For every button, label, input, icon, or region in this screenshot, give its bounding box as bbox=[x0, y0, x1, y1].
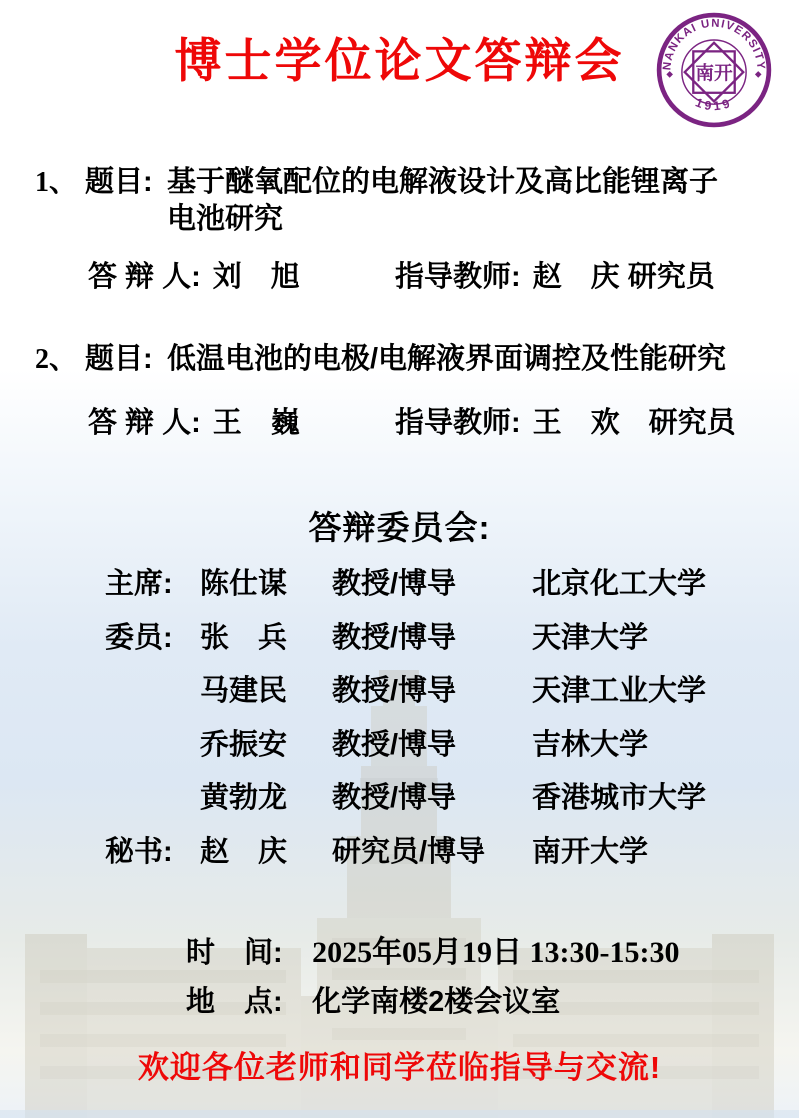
defense-2-thesis-title: 低温电池的电极/电解液界面调控及性能研究 bbox=[167, 341, 773, 378]
committee-row-affiliation: 北京化工大学 bbox=[532, 568, 706, 622]
defense-1-candidate-name: 刘 旭 bbox=[213, 261, 300, 293]
committee-row-name: 乔振安 bbox=[200, 729, 332, 783]
committee-row-name: 马建民 bbox=[200, 675, 332, 729]
defense-2-candidate: 答 辩 人:王 巍 bbox=[88, 405, 395, 442]
place-label: 地 点: bbox=[186, 986, 304, 1019]
defense-1-number: 1、 bbox=[35, 164, 85, 238]
committee-row-role: 秘书: bbox=[105, 836, 200, 890]
defense-1-candidate-label: 答 辩 人: bbox=[88, 261, 201, 293]
seal-right-dot-icon bbox=[755, 71, 762, 78]
committee-row-title: 教授/博导 bbox=[332, 568, 532, 622]
defense-1-advisor-label: 指导教师: bbox=[395, 261, 521, 293]
committee-row-title: 研究员/博导 bbox=[332, 836, 532, 890]
time-label: 时 间: bbox=[186, 937, 304, 970]
committee-row-name: 陈仕谋 bbox=[200, 568, 332, 622]
welcome-message: 欢迎各位老师和同学莅临指导与交流! bbox=[0, 1042, 799, 1087]
schedule: 时 间: 2025年05月19日 13:30-15:30 地 点: 化学南楼2楼… bbox=[186, 936, 680, 1035]
defense-1-thesis-title: 基于醚氧配位的电解液设计及高比能锂离子电池研究 bbox=[167, 164, 773, 238]
seal-center-text: 南开 bbox=[695, 62, 733, 83]
defense-2-topic-label: 题目: bbox=[85, 341, 167, 378]
committee-row-affiliation: 南开大学 bbox=[532, 836, 706, 890]
defense-1-title-row: 1、 题目: 基于醚氧配位的电解液设计及高比能锂离子电池研究 bbox=[35, 164, 773, 238]
svg-text:1919: 1919 bbox=[693, 95, 734, 113]
committee-row-title: 教授/博导 bbox=[332, 782, 532, 836]
defense-1-title-line2: 电池研究 bbox=[167, 201, 773, 238]
schedule-place-row: 地 点: 化学南楼2楼会议室 bbox=[186, 986, 680, 1019]
committee-row-role bbox=[105, 675, 200, 729]
nankai-university-seal: NANKAI UNIVERSITY 1919 南开 bbox=[656, 12, 772, 128]
defense-1-candidate: 答 辩 人:刘 旭 bbox=[88, 259, 395, 296]
committee-row-affiliation: 香港城市大学 bbox=[532, 782, 706, 836]
committee-row-role bbox=[105, 729, 200, 783]
committee-row-name: 赵 庆 bbox=[200, 836, 332, 890]
committee-row-name: 黄勃龙 bbox=[200, 782, 332, 836]
committee-row-affiliation: 天津大学 bbox=[532, 622, 706, 676]
committee-row-affiliation: 天津工业大学 bbox=[532, 675, 706, 729]
committee-table: 主席: 陈仕谋 教授/博导 北京化工大学 委员: 张 兵 教授/博导 天津大学 … bbox=[105, 568, 706, 889]
defense-1-title-line1: 基于醚氧配位的电解液设计及高比能锂离子 bbox=[167, 166, 718, 198]
seal-left-dot-icon bbox=[666, 71, 673, 78]
time-value: 2025年05月19日 13:30-15:30 bbox=[312, 936, 679, 969]
defense-2-candidate-name: 王 巍 bbox=[213, 407, 300, 439]
defense-1-people-row: 答 辩 人:刘 旭 指导教师:赵 庆 研究员 bbox=[35, 259, 773, 296]
defense-2-advisor: 指导教师:王 欢 研究员 bbox=[395, 405, 736, 442]
committee-row-role: 委员: bbox=[105, 622, 200, 676]
place-value: 化学南楼2楼会议室 bbox=[312, 986, 560, 1018]
committee-row-title: 教授/博导 bbox=[332, 622, 532, 676]
committee-row-affiliation: 吉林大学 bbox=[532, 729, 706, 783]
defense-1-topic-label: 题目: bbox=[85, 164, 167, 238]
defense-entry-2: 2、 题目: 低温电池的电极/电解液界面调控及性能研究 答 辩 人:王 巍 指导… bbox=[35, 341, 773, 442]
defense-2-number: 2、 bbox=[35, 341, 85, 378]
defense-2-people-row: 答 辩 人:王 巍 指导教师:王 欢 研究员 bbox=[35, 405, 773, 442]
defense-1-advisor: 指导教师:赵 庆 研究员 bbox=[395, 259, 715, 296]
defense-2-candidate-label: 答 辩 人: bbox=[88, 407, 201, 439]
defense-2-advisor-name: 王 欢 研究员 bbox=[533, 407, 736, 439]
seal-year-text: 1919 bbox=[693, 95, 734, 113]
committee-row-title: 教授/博导 bbox=[332, 675, 532, 729]
committee-row-role bbox=[105, 782, 200, 836]
defense-announcement-poster: 博士学位论文答辩会 NANKAI UNIVERSITY 1919 南开 1、 题… bbox=[0, 0, 799, 1118]
committee-row-name: 张 兵 bbox=[200, 622, 332, 676]
defense-2-advisor-label: 指导教师: bbox=[395, 407, 521, 439]
committee-row-role: 主席: bbox=[105, 568, 200, 622]
committee-heading: 答辩委员会: bbox=[0, 502, 799, 549]
committee-row-title: 教授/博导 bbox=[332, 729, 532, 783]
defense-1-advisor-name: 赵 庆 研究员 bbox=[533, 261, 715, 293]
defense-entry-1: 1、 题目: 基于醚氧配位的电解液设计及高比能锂离子电池研究 答 辩 人:刘 旭… bbox=[35, 164, 773, 296]
defense-2-title-row: 2、 题目: 低温电池的电极/电解液界面调控及性能研究 bbox=[35, 341, 773, 378]
schedule-time-row: 时 间: 2025年05月19日 13:30-15:30 bbox=[186, 936, 680, 970]
defense-2-title-line1: 低温电池的电极/电解液界面调控及性能研究 bbox=[167, 343, 726, 375]
